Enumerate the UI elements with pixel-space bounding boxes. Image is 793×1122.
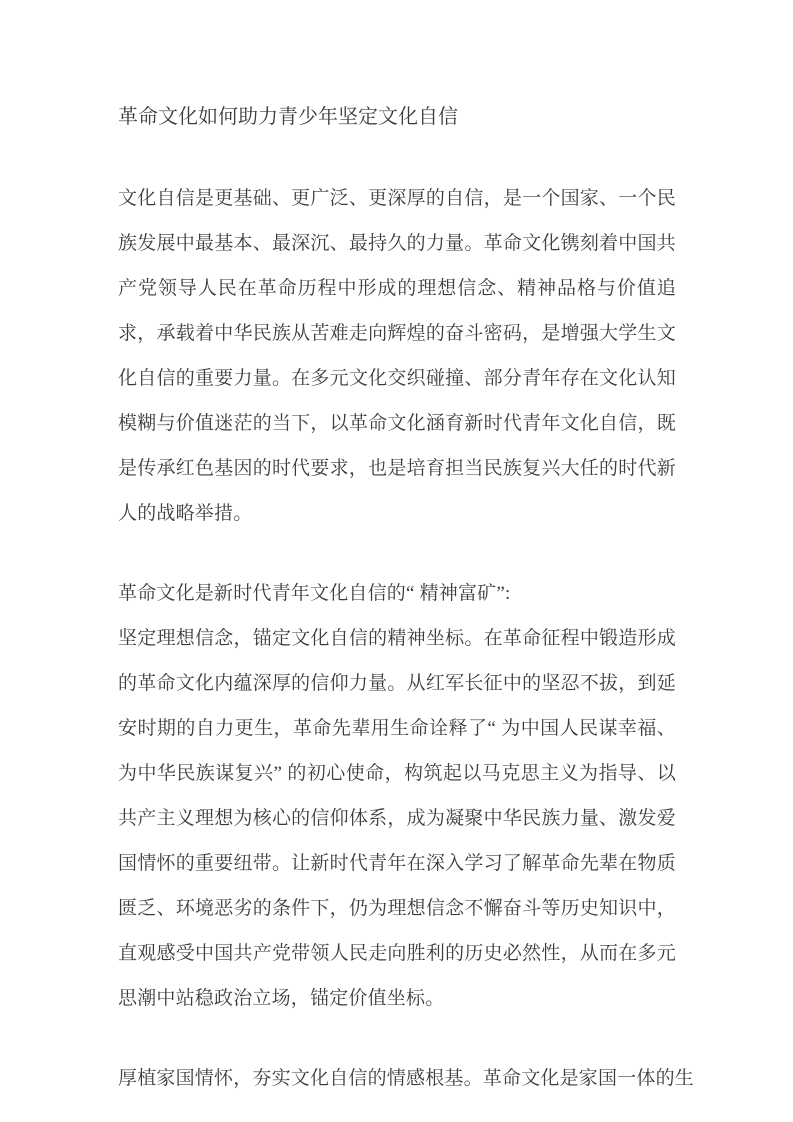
document-page: 革命文化如何助力青少年坚定文化自信 文化自信是更基础、更广泛、更深厚的自信，是一… bbox=[0, 0, 793, 1122]
closing-paragraph: 厚植家国情怀，夯实文化自信的情感根基。革命文化是家国一体的生 bbox=[118, 1056, 676, 1101]
intro-paragraph: 文化自信是更基础、更广泛、更深厚的自信，是一个国家、一个民族发展中最基本、最深沉… bbox=[118, 176, 676, 536]
section-heading: 革命文化是新时代青年文化自信的“ 精神富矿”: bbox=[118, 571, 676, 616]
document-content: 革命文化如何助力青少年坚定文化自信 文化自信是更基础、更广泛、更深厚的自信，是一… bbox=[118, 95, 676, 1101]
document-title: 革命文化如何助力青少年坚定文化自信 bbox=[118, 95, 676, 140]
section-body-paragraph: 坚定理想信念，锚定文化自信的精神坐标。在革命征程中锻造形成的革命文化内蕴深厚的信… bbox=[118, 616, 676, 1021]
